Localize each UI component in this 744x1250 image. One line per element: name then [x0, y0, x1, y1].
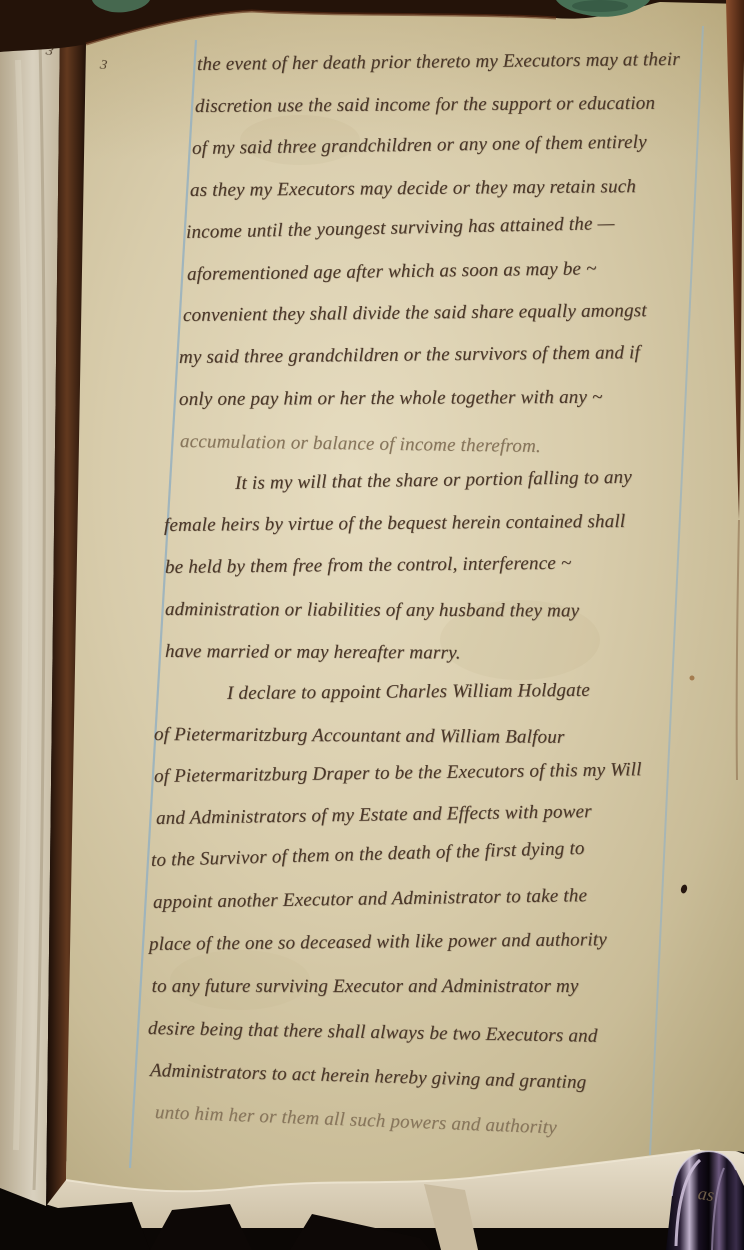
catchword: as: [697, 1183, 716, 1206]
text-line: desire being that there shall always be …: [148, 1018, 598, 1048]
text-line: and Administrators of my Estate and Effe…: [156, 801, 592, 830]
text-line: accumulation or balance of income theref…: [180, 431, 541, 458]
text-line: discretion use the said income for the s…: [195, 93, 655, 118]
text-line: as they my Executors may decide or they …: [190, 176, 636, 202]
text-line: female heirs by virtue of the bequest he…: [164, 511, 626, 537]
text-line: of Pietermaritzburg Accountant and Willi…: [154, 724, 565, 749]
text-line: appoint another Executor and Administrat…: [153, 885, 588, 914]
text-line: income until the youngest surviving has …: [186, 213, 615, 244]
text-line: of Pietermaritzburg Draper to be the Exe…: [154, 759, 642, 788]
text-line: place of the one so deceased with like p…: [149, 929, 607, 956]
text-line: aforementioned age after which as soon a…: [186, 258, 596, 286]
text-line: to any future surviving Executor and Adm…: [152, 976, 579, 998]
text-line: the event of her death prior thereto my …: [197, 49, 680, 76]
manuscript-text: the event of her death prior thereto my …: [0, 0, 744, 1250]
text-line: Administrators to act herein hereby givi…: [150, 1060, 587, 1094]
text-line: my said three grandchildren or the survi…: [179, 342, 640, 369]
text-line: only one pay him or her the whole togeth…: [179, 387, 603, 411]
text-line: be held by them free from the control, i…: [164, 553, 571, 579]
text-line: I declare to appoint Charles William Hol…: [226, 679, 589, 704]
text-line: convenient they shall divide the said sh…: [183, 301, 647, 328]
text-line: administration or liabilities of any hus…: [165, 599, 579, 622]
text-line: to the Survivor of them on the death of …: [150, 838, 584, 872]
text-line: of my said three grandchildren or any on…: [191, 131, 646, 159]
text-line: It is my will that the share or portion …: [235, 467, 632, 495]
text-line: unto him her or them all such powers and…: [154, 1102, 557, 1139]
will-manuscript-page-photo: 3 3 the event of her death prior thereto…: [0, 0, 744, 1250]
text-line: have married or may hereafter marry.: [165, 641, 461, 665]
